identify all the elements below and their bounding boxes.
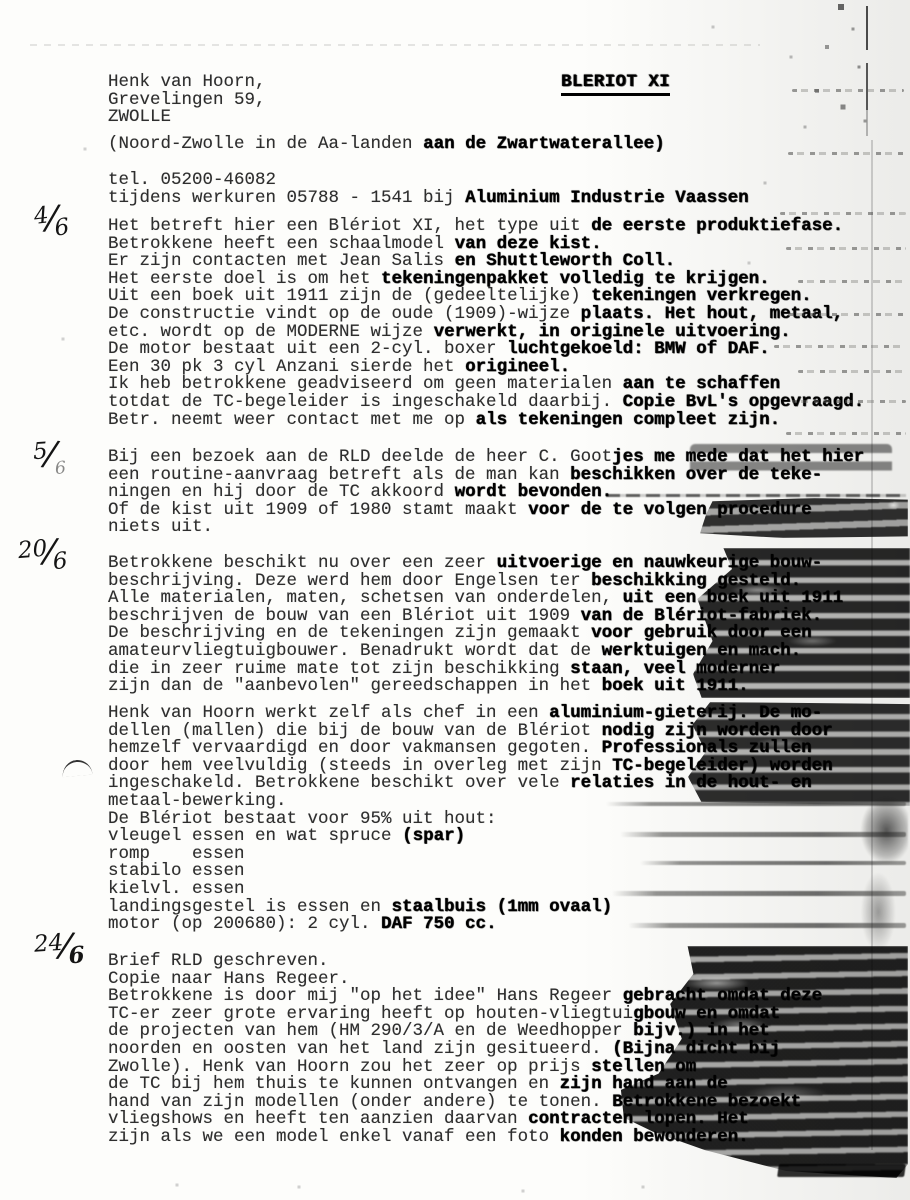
sender-address-block: Henk van Hoorn,Grevelingen 59,ZWOLLE	[108, 74, 266, 127]
ink-smudge	[777, 1164, 906, 1177]
entry-paragraph-4-6: Het betreft hier een Blériot XI, het typ…	[108, 218, 864, 429]
ink-smudge	[700, 498, 908, 538]
handwritten-arc-mark	[61, 759, 92, 778]
margin-note-month: 6	[52, 548, 69, 575]
scan-artifact-line	[792, 89, 904, 92]
contact-block: tel. 05200-46082tijdens werkuren 05788 -…	[108, 172, 749, 207]
text-normal: zijn dan de "aanbevolen" gereedschappen …	[108, 676, 602, 696]
text-line: tijdens werkuren 05788 - 1541 bij Alumin…	[108, 190, 749, 208]
scan-artifact-line	[788, 152, 906, 155]
margin-note-date: 20/6	[16, 528, 68, 572]
scan-artifact-line	[786, 247, 906, 250]
text-line: (Noord-Zwolle in de Aa-landen aan de Zwa…	[108, 136, 665, 154]
text-normal: ZWOLLE	[108, 107, 171, 127]
document-title: BLERIOT XI	[561, 72, 670, 96]
text-normal: niets uit.	[108, 517, 213, 537]
scan-artifact-line	[798, 280, 906, 283]
text-normal: motor (op 200680): 2 cyl.	[108, 914, 381, 934]
text-normal: zijn als we een model enkel vanaf een fo…	[108, 1127, 560, 1147]
location-note-block: (Noord-Zwolle in de Aa-landen aan de Zwa…	[108, 136, 665, 154]
text-bold: Aluminium Industrie Vaassen	[465, 188, 749, 208]
document-page: BLERIOT XI Henk van Hoorn,Grevelingen 59…	[0, 0, 910, 1200]
scan-artifact-line	[788, 313, 906, 316]
ink-strike-line	[606, 494, 906, 497]
ink-smudge	[854, 793, 908, 963]
scan-artifact-line	[780, 212, 906, 215]
scan-artifact-line	[774, 345, 906, 348]
scan-artifact-line	[30, 44, 760, 46]
text-line: Betr. neemt weer contact met me op als t…	[108, 412, 864, 430]
margin-note-date: 24/6	[33, 922, 85, 965]
scan-artifact-line	[786, 432, 906, 435]
text-normal: (Noord-Zwolle in de Aa-landen	[108, 134, 423, 154]
margin-note-month: 6	[53, 214, 71, 242]
text-bold: als tekeningen compleet zijn.	[476, 410, 781, 430]
scan-artifact-line	[792, 400, 906, 403]
text-bold: DAF 750 cc.	[381, 914, 497, 934]
margin-note-date: 4/6	[32, 194, 70, 238]
text-normal: tijdens werkuren 05788 - 1541 bij	[108, 188, 465, 208]
margin-note-month: 6	[54, 458, 66, 478]
text-bold: aan de Zwartwaterallee)	[423, 134, 665, 154]
scan-speckles	[0, 0, 2, 2]
text-bold: de eerste produktiefase.	[591, 216, 843, 236]
scan-artifact-vline	[866, 6, 868, 136]
text-bold: (spar)	[402, 826, 465, 846]
text-normal: Betr. neemt weer contact met me op	[108, 410, 476, 430]
ink-smudge	[688, 702, 910, 806]
margin-note-date: 5/6	[32, 431, 68, 473]
scan-artifact-line	[798, 370, 906, 373]
margin-note-month: 6	[68, 941, 86, 969]
text-line: ZWOLLE	[108, 109, 266, 127]
ink-smudge	[690, 444, 892, 478]
